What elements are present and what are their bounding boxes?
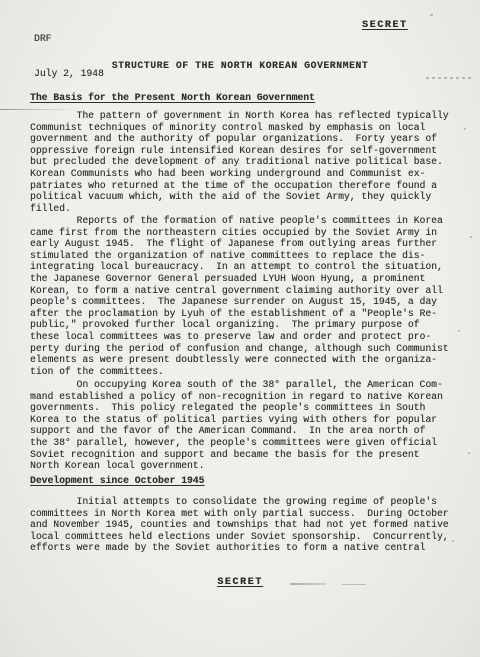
document-title: STRUCTURE OF THE NORTH KOREAN GOVERNMENT	[0, 60, 480, 72]
document-header: DRF July 2, 1948	[34, 10, 104, 103]
paragraph-initial-attempts: Initial attempts to consolidate the grow…	[30, 496, 475, 554]
classification-stamp-bottom: SECRET	[0, 577, 480, 589]
section-heading-basis: The Basis for the Present North Korean G…	[30, 92, 315, 104]
section-heading-development: Development since October 1945	[30, 475, 204, 487]
paragraph-pattern-of-government: The pattern of government in North Korea…	[30, 110, 475, 214]
scan-artifact-smudge	[426, 77, 472, 79]
office-code: DRF	[34, 33, 104, 45]
classification-stamp-top: SECRET	[362, 20, 408, 32]
paragraph-peoples-committees: Reports of the formation of native peopl…	[30, 215, 475, 377]
scan-speckle	[430, 14, 433, 16]
paragraph-38th-parallel: On occupying Korea south of the 38° para…	[30, 379, 475, 472]
document-page: DRF July 2, 1948 SECRET STRUCTURE OF THE…	[0, 0, 480, 657]
